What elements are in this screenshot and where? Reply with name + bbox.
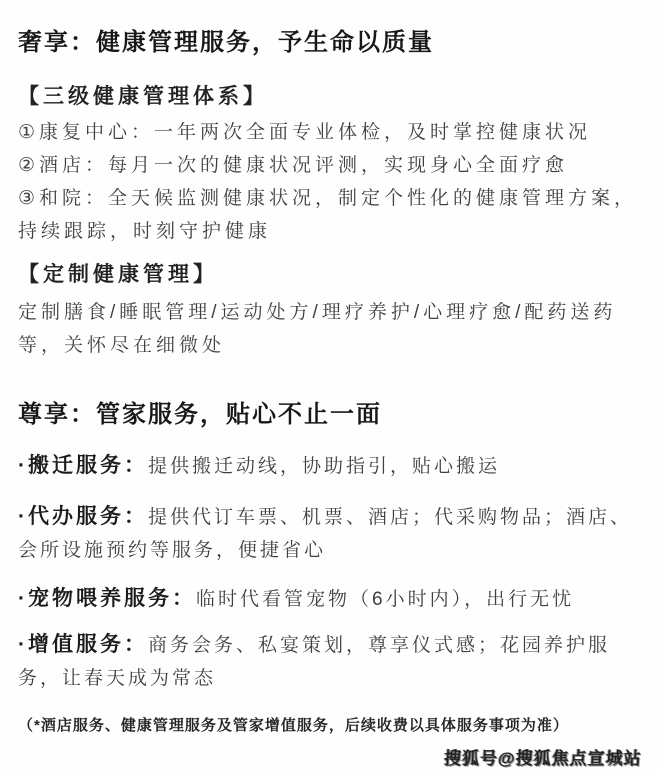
article-page: 奢享：健康管理服务，予生命以质量 【三级健康管理体系】 ①康复中心：一年两次全面… xyxy=(0,0,660,772)
tier-item-hotel: ②酒店：每月一次的健康状况评测，实现身心全面疗愈 xyxy=(18,149,642,182)
tier-item-rehab-center: ①康复中心：一年两次全面专业体检，及时掌控健康状况 xyxy=(18,116,642,149)
footnote-fees-disclaimer: （*酒店服务、健康管理服务及管家增值服务，后续收费以具体服务事项为准） xyxy=(18,715,642,737)
service-label-value-added: ·增值服务： xyxy=(18,633,148,656)
service-item-agency: ·代办服务：提供代订车票、机票、酒店；代采购物品；酒店、会所设施预约等服务，便捷… xyxy=(18,500,642,567)
service-item-pet-care: ·宠物喂养服务：临时代看管宠物（6小时内），出行无忧 xyxy=(18,582,642,616)
service-desc-pet-care: 临时代看管宠物（6小时内），出行无忧 xyxy=(196,589,574,610)
watermark-row: 搜狐号@搜狐焦点宣城站 xyxy=(18,747,642,771)
service-desc-relocation: 提供搬迁动线，协助指引，贴心搬运 xyxy=(148,456,500,477)
heading-butler-service: 尊享：管家服务，贴心不止一面 xyxy=(18,400,642,429)
service-item-relocation: ·搬迁服务：提供搬迁动线，协助指引，贴心搬运 xyxy=(18,449,642,483)
heading-health-management: 奢享：健康管理服务，予生命以质量 xyxy=(18,28,642,57)
service-label-agency: ·代办服务： xyxy=(18,505,148,528)
service-label-relocation: ·搬迁服务： xyxy=(18,454,148,477)
tier-list: ①康复中心：一年两次全面专业体检，及时掌控健康状况 ②酒店：每月一次的健康状况评… xyxy=(18,116,642,248)
sohu-watermark: 搜狐号@搜狐焦点宣城站 xyxy=(444,747,643,771)
subheading-tier-system: 【三级健康管理体系】 xyxy=(18,84,642,110)
custom-health-description: 定制膳食/睡眠管理/运动处方/理疗养护/心理疗愈/配药送药等，关怀尽在细微处 xyxy=(18,296,642,362)
service-label-pet-care: ·宠物喂养服务： xyxy=(18,587,196,610)
service-item-value-added: ·增值服务：商务会务、私宴策划，尊享仪式感；花园养护服务，让春天成为常态 xyxy=(18,628,642,695)
tier-item-heyuan: ③和院：全天候监测健康状况，制定个性化的健康管理方案，持续跟踪，时刻守护健康 xyxy=(18,182,642,248)
subheading-custom-health: 【定制健康管理】 xyxy=(18,262,642,288)
